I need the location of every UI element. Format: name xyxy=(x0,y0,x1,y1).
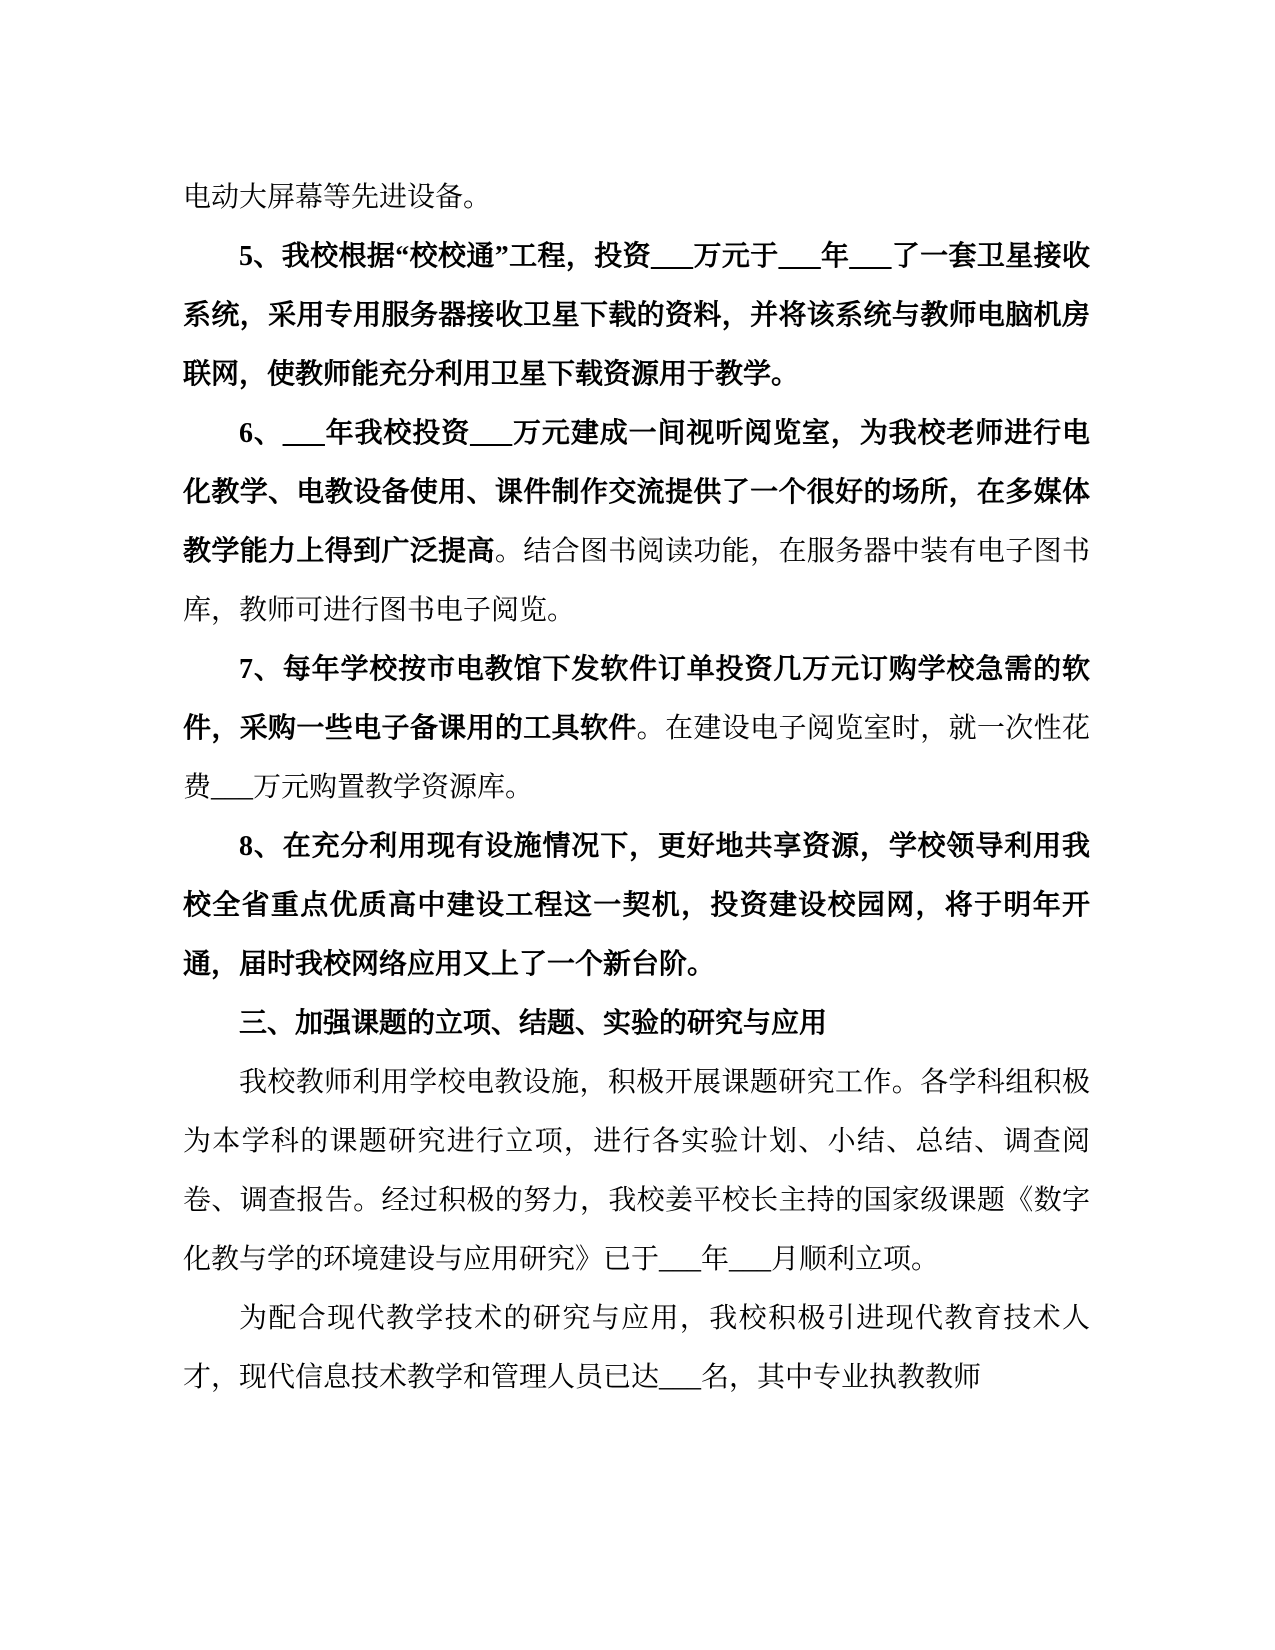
text-run: 8、在充分利用现有设施情况下，更好地共享资源，学校领导利用我校全省重点优质高中建… xyxy=(183,831,1090,980)
text-run: 我校教师利用学校电教设施，积极开展课题研究工作。各学科组积极为本学科的课题研究进… xyxy=(183,1067,1090,1275)
document-page: 电动大屏幕等先进设备。5、我校根据“校校通”工程，投资___万元于___年___… xyxy=(0,0,1275,1650)
text-run: 三、加强课题的立项、结题、实验的研究与应用 xyxy=(239,1008,827,1039)
text-run: 为配合现代教学技术的研究与应用，我校积极引进现代教育技术人才，现代信息技术教学和… xyxy=(183,1303,1090,1393)
text-run: 5、我校根据“校校通”工程，投资___万元于___年___了一套卫星接收系统，采… xyxy=(183,241,1090,390)
paragraph: 我校教师利用学校电教设施，积极开展课题研究工作。各学科组积极为本学科的课题研究进… xyxy=(183,1053,1090,1289)
paragraph: 为配合现代教学技术的研究与应用，我校积极引进现代教育技术人才，现代信息技术教学和… xyxy=(183,1289,1090,1407)
text-run: 电动大屏幕等先进设备。 xyxy=(183,182,491,213)
paragraph: 6、___年我校投资___万元建成一间视听阅览室，为我校老师进行电化教学、电教设… xyxy=(183,404,1090,640)
paragraph: 5、我校根据“校校通”工程，投资___万元于___年___了一套卫星接收系统，采… xyxy=(183,227,1090,404)
paragraph: 7、每年学校按市电教馆下发软件订单投资几万元订购学校急需的软件，采购一些电子备课… xyxy=(183,640,1090,817)
paragraph: 电动大屏幕等先进设备。 xyxy=(183,168,1090,227)
section-heading: 三、加强课题的立项、结题、实验的研究与应用 xyxy=(183,994,1090,1053)
document-body: 电动大屏幕等先进设备。5、我校根据“校校通”工程，投资___万元于___年___… xyxy=(183,168,1090,1407)
paragraph: 8、在充分利用现有设施情况下，更好地共享资源，学校领导利用我校全省重点优质高中建… xyxy=(183,817,1090,994)
